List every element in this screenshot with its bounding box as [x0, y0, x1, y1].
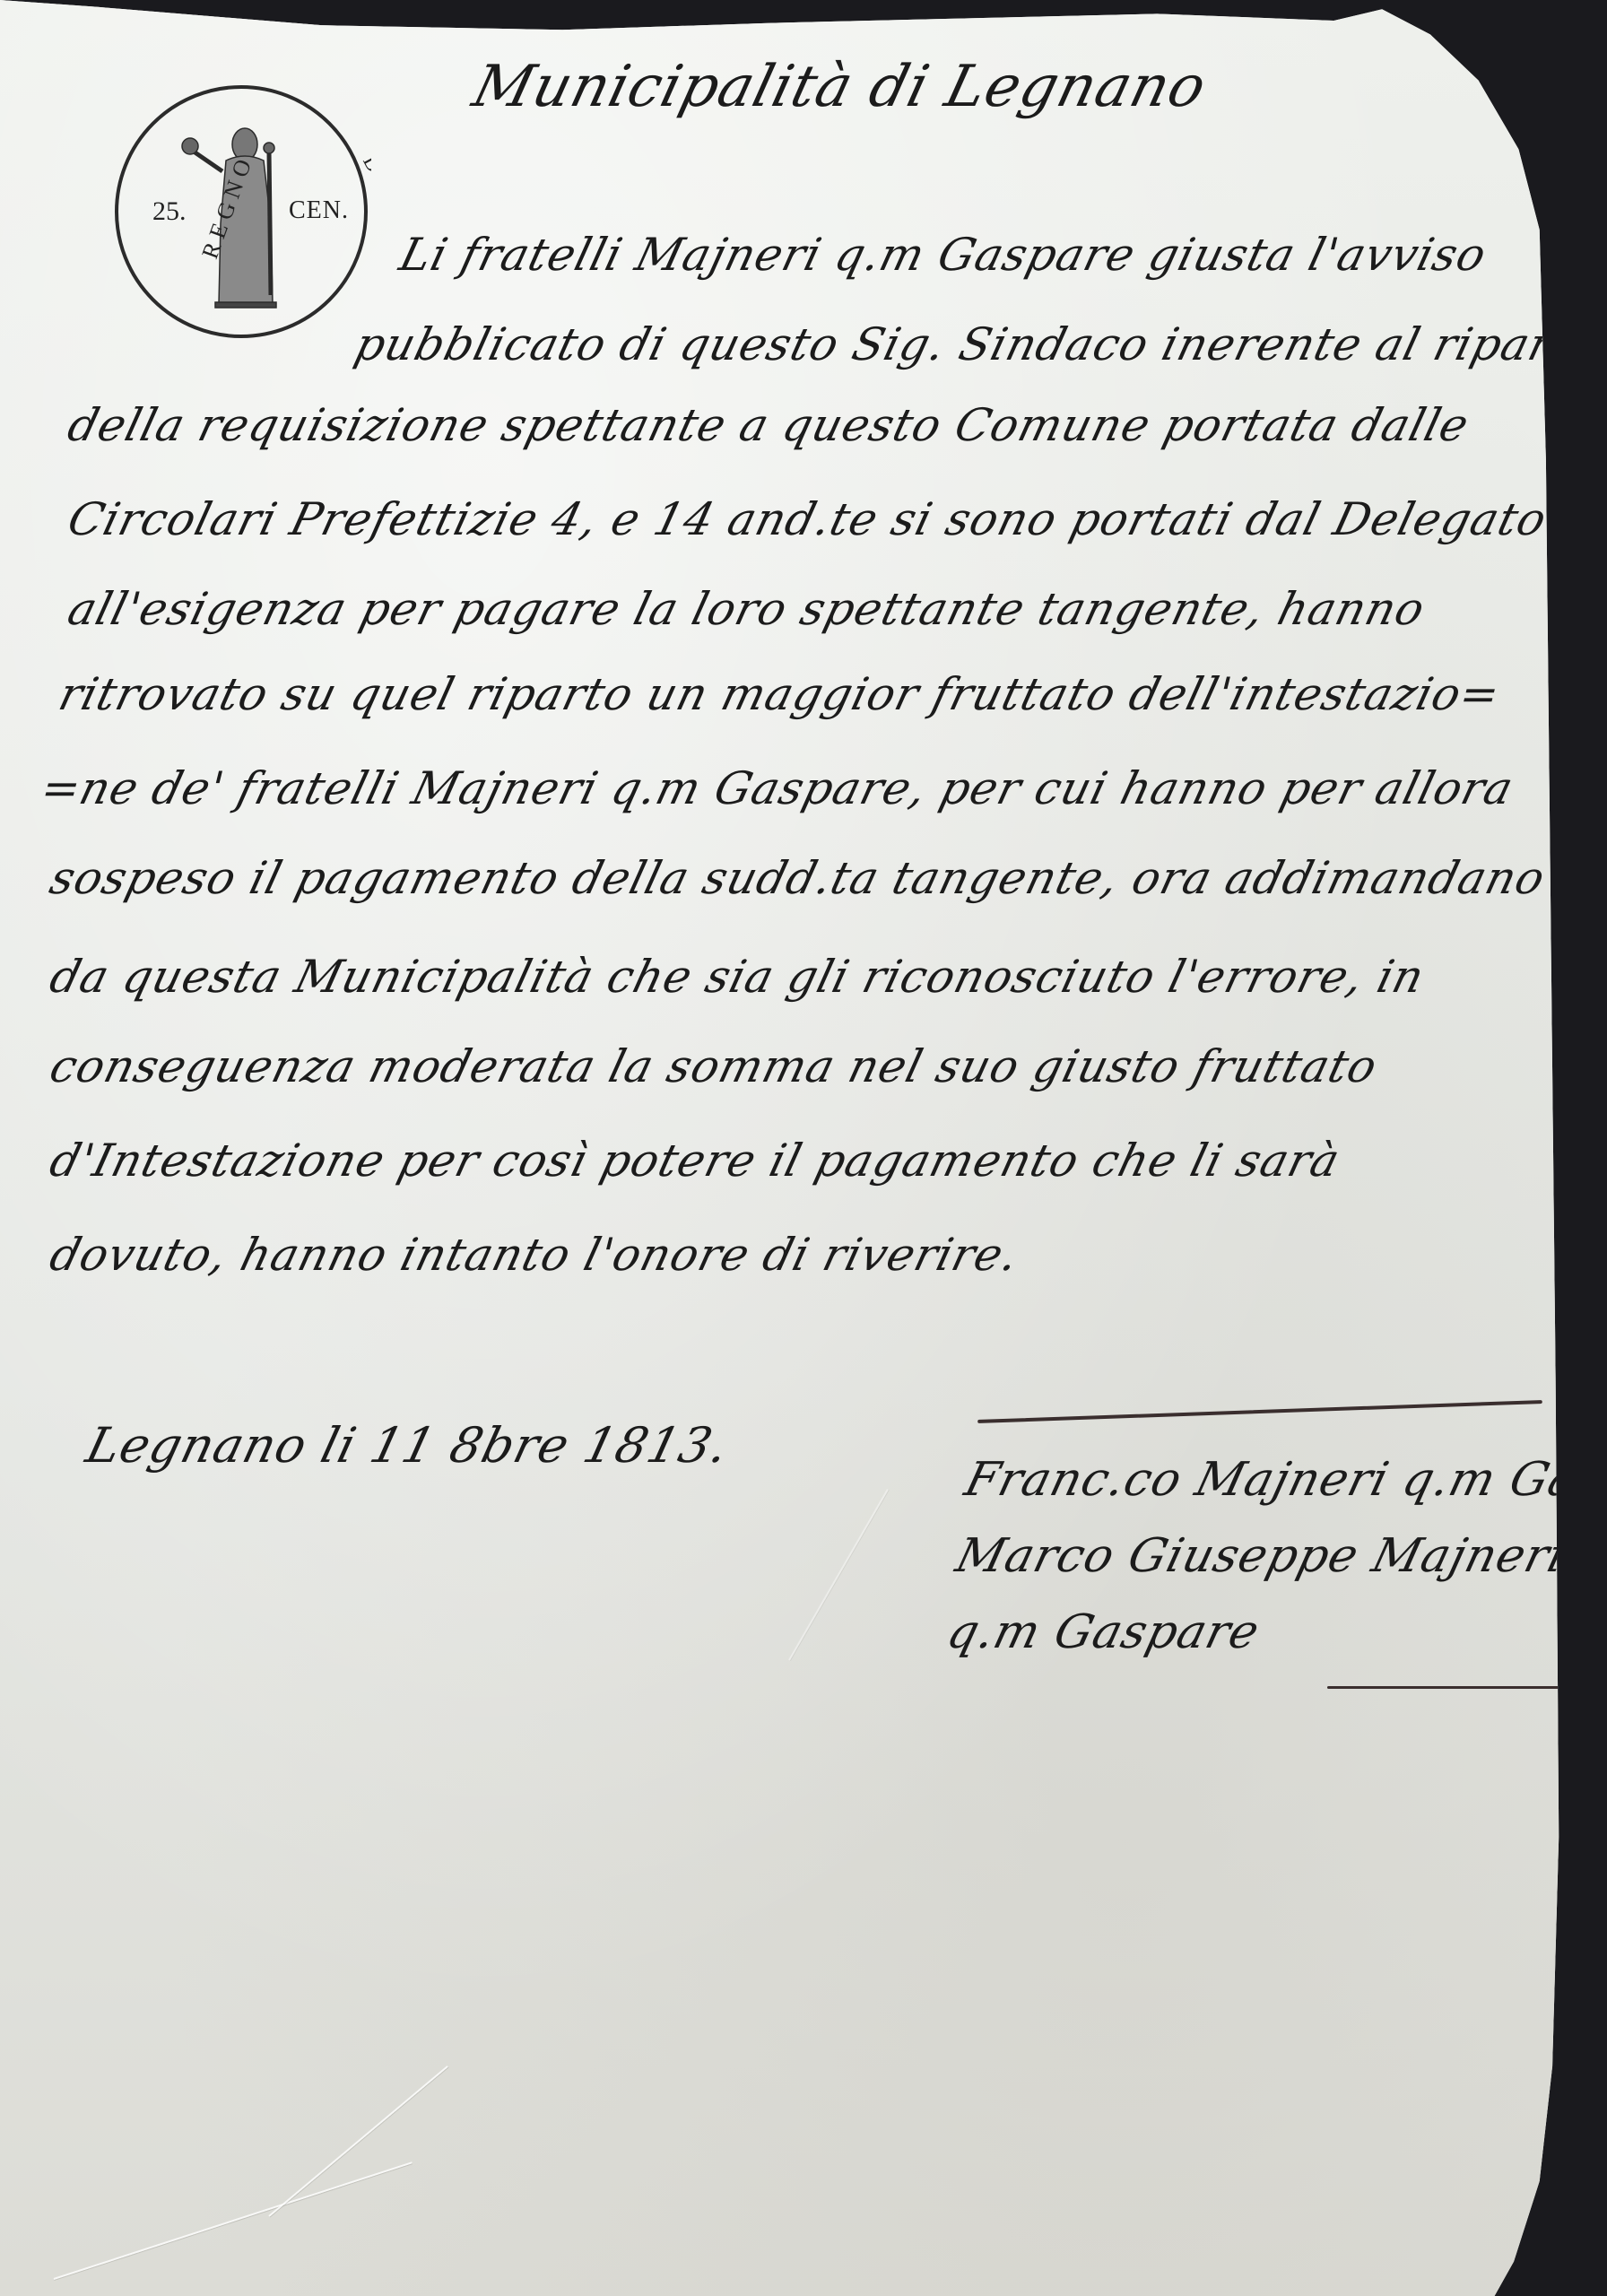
paper-crease [54, 2161, 413, 2280]
paper-crease [788, 1489, 889, 1661]
document-page: R E G N O D'ITALIA 25. CEN. Municipalità… [0, 0, 1607, 2296]
svg-text:D'ITALIA: D'ITALIA [358, 152, 371, 242]
body-line: pubblicato di questo Sig. Sindaco ineren… [350, 318, 1605, 370]
signature-1: Franc.co Majneri q.m Gaspare [960, 1453, 1607, 1507]
body-line: dovuto, hanno intanto l'onore di riverir… [45, 1229, 1024, 1281]
signature-3: q.m Gaspare [942, 1605, 1265, 1659]
signature-flourish-top [977, 1400, 1542, 1423]
revenue-stamp: R E G N O D'ITALIA 25. CEN. [115, 85, 368, 338]
paper-crease [268, 2066, 447, 2217]
body-line: all'esigenza per pagare la loro spettant… [63, 583, 1430, 635]
body-line: =ne de' fratelli Majneri q.m Gaspare, pe… [36, 762, 1519, 814]
body-line: della requisizione spettante a questo Co… [63, 399, 1474, 451]
stamp-unit: CEN. [289, 196, 349, 225]
body-line: da questa Municipalità che sia gli ricon… [45, 951, 1429, 1003]
document-heading: Municipalità di Legnano [466, 54, 1213, 120]
signature-flourish-bottom [1327, 1686, 1596, 1689]
body-line: d'Intestazione per così potere il pagame… [45, 1135, 1345, 1187]
body-line: Circolari Prefettizie 4, e 14 and.te si … [63, 493, 1552, 545]
body-line: sospeso il pagamento della sudd.ta tange… [45, 852, 1551, 904]
date-line: Legnano li 11 8bre 1813. [81, 1417, 735, 1474]
body-line: ritrovato su quel riparto un maggior fru… [54, 668, 1506, 720]
signature-2: Marco Giuseppe Majneri [951, 1529, 1571, 1583]
stamp-value: 25. [152, 196, 187, 227]
body-line: Li fratelli Majneri q.m Gaspare giusta l… [395, 229, 1492, 281]
body-line: conseguenza moderata la somma nel suo gi… [45, 1040, 1383, 1092]
